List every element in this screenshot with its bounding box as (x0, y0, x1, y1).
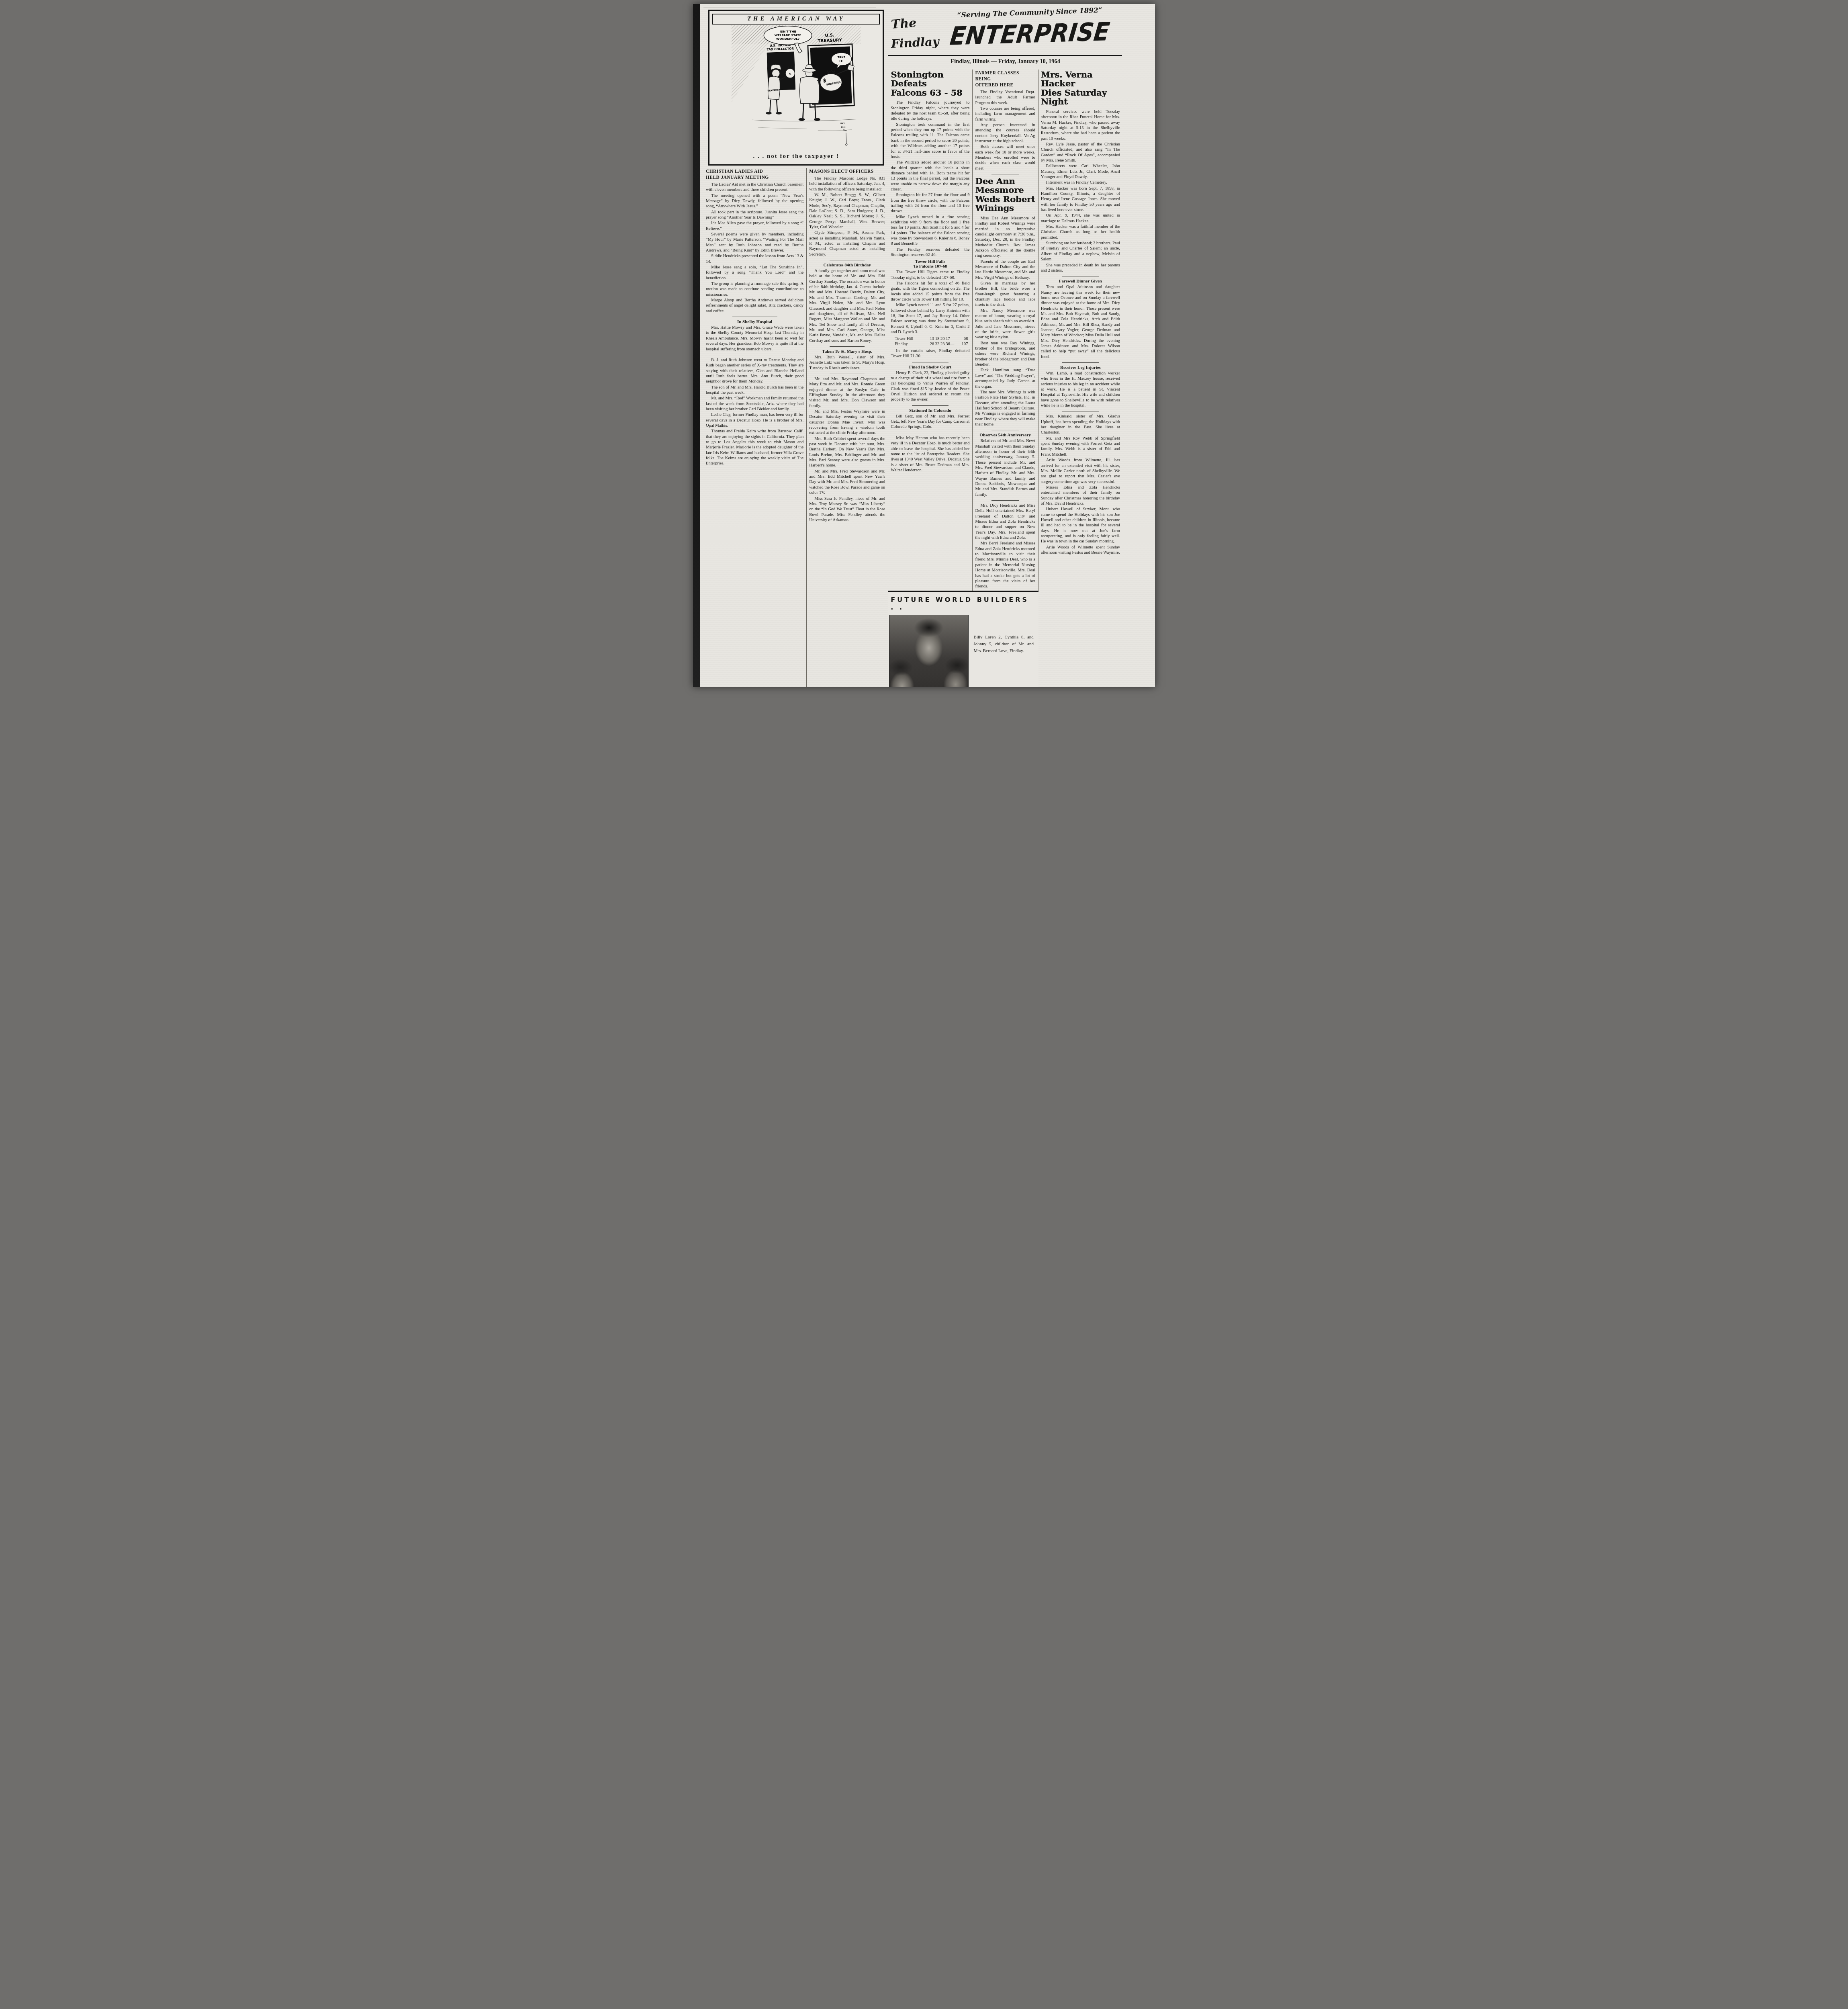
article-paragraph: Misses Edna and Zola Hendricks entertain… (1041, 485, 1120, 506)
cartoon-illustration: U.S. INCOME TAX COLLECTOR U.S. TREASURY (711, 25, 881, 150)
future-world-builders-box: FUTURE WORLD BUILDERS . . Billy Loren 2,… (888, 591, 1038, 687)
article-paragraph: Mrs. Ruth Cribbet spent several days the… (809, 436, 885, 468)
article-paragraph: The son of Mr. and Mrs. Harold Burch has… (706, 385, 803, 396)
article-paragraph: Stonington hit for 27 from the floor and… (891, 192, 969, 214)
article-divider (991, 174, 1019, 174)
article-heading: FARMER CLASSES BEING OFFERED HERE (975, 70, 1035, 88)
article-paragraph: Marge Alsop and Bertha Andrews served de… (706, 298, 803, 314)
article-paragraph: Mrs. Ruth Wessell, sister of Mrs. Jeanet… (809, 355, 885, 371)
article-headline: Stonington Defeats Falcons 63 - 58 (891, 70, 969, 97)
article-subhead: Taken To St. Mary's Hosp. (809, 349, 885, 354)
article-paragraph: The new Mrs. Winings is with Fashion Pla… (975, 390, 1035, 427)
masthead-findlay: Findlay (891, 35, 939, 51)
svg-text:Tom: Tom (841, 125, 846, 129)
income-tax-label-line2: TAX COLLECTOR (767, 47, 794, 51)
article-paragraph: Pallbearers were Carl Wheeler, John Mauz… (1041, 164, 1120, 180)
article-paragraph: The Falcons hit for a total of 46 field … (891, 281, 969, 302)
children-photo (889, 615, 968, 687)
article-divider (1062, 276, 1099, 276)
left-zone: THE AMERICAN WAY (703, 4, 888, 687)
article-paragraph: Henry E. Clark, 23, Findlay, pleaded gui… (891, 370, 969, 403)
article-paragraph: Mr. and Mrs. Festus Waymire were in Deca… (809, 409, 885, 436)
article-divider (1062, 411, 1099, 411)
article-paragraph: A family get-together and noon meal was … (809, 268, 885, 344)
article-paragraph: Funeral services were held Tuesday after… (1041, 109, 1120, 141)
score-row: Tower Hill13 18 20 17—68 (895, 336, 968, 342)
article-paragraph: Clyde Stimpson, P. M., Aroma Park, acted… (809, 230, 885, 257)
article-subhead: Stationed In Colorado (891, 408, 969, 413)
future-world-builders-body: Billy Loren 2, Cynthia 8, and Johnny 5, … (889, 615, 1034, 687)
article-divider (732, 355, 777, 355)
article-paragraph: Both classes will meet once each week fo… (975, 144, 1035, 171)
article-paragraph: Any person interested in attending the c… (975, 123, 1035, 144)
dollar-sign-small: $ (789, 72, 791, 76)
article-paragraph: Two courses are being offered, including… (975, 106, 1035, 122)
news-column-5: Mrs. Verna Hacker Dies Saturday NightFun… (1038, 70, 1123, 687)
score-cell: 68 (957, 336, 968, 342)
article-paragraph: Miss May Henton who has recently been ve… (891, 436, 969, 473)
article-paragraph: Surviving are her husband; 2 brothers, P… (1041, 241, 1120, 262)
article-paragraph: Relatives of Mr. and Mrs. Newt Marshall … (975, 438, 1035, 497)
article-heading: MASONS ELECT OFFICERS (809, 169, 885, 175)
news-column-1: CHRISTIAN LADIES AID HELD JANUARY MEETIN… (703, 168, 807, 687)
photo-caption: Billy Loren 2, Cynthia 8, and Johnny 5, … (969, 615, 1034, 687)
take-line1: TAKE (838, 56, 846, 59)
article-paragraph: Ida Mae Allen gave the prayer, followed … (706, 221, 803, 231)
take-line2: IT! (839, 59, 844, 63)
article-paragraph: The Findlay Vocational Dept. launched th… (975, 90, 1035, 106)
article-divider (991, 430, 1019, 430)
page-content: THE AMERICAN WAY (703, 4, 1123, 687)
article-paragraph: Arlie Woods from Wilmette, Ill. has arri… (1041, 458, 1120, 485)
article-paragraph: Several poems were given by members, inc… (706, 232, 803, 253)
stage: THE AMERICAN WAY (0, 0, 1848, 691)
article-paragraph: Mr. and Mrs. “Red” Workman and family re… (706, 396, 803, 412)
article-paragraph: The meeting opened with a poem “New Year… (706, 193, 803, 209)
article-paragraph: Mrs. Hacker was born Sept. 7, 1898, in H… (1041, 186, 1120, 213)
future-world-builders-heading: FUTURE WORLD BUILDERS . . (889, 594, 1034, 615)
article-paragraph: On Apr. 9, 1944, she was united in marri… (1041, 213, 1120, 224)
main-columns: Stonington Defeats Falcons 63 - 58The Fi… (888, 67, 1123, 687)
article-paragraph: Mrs. Hacker was a faithful member of the… (1041, 224, 1120, 240)
masthead-the: The (891, 14, 939, 32)
right-zone: The Findlay “Serving The Community Since… (888, 4, 1123, 687)
article-paragraph: Parents of the couple are Earl Messmore … (975, 259, 1035, 280)
article-paragraph: W. M., Robert Bragg; S. W., Gilbert Knig… (809, 192, 885, 230)
article-paragraph: Mr. and Mrs. Raymond Chapman and Mary Et… (809, 376, 885, 409)
editorial-cartoon: THE AMERICAN WAY (703, 4, 888, 166)
treasury-label-line2: TREASURY (818, 38, 842, 43)
article-paragraph: Mr. and Mrs Roy Webb of Springfield spen… (1041, 436, 1120, 457)
treasury-label-line1: U.S. (825, 33, 834, 38)
masthead-right: “Serving The Community Since 1892” ENTER… (938, 9, 1121, 49)
article-paragraph: The Tower Hill Tigers came to Findlay Tu… (891, 270, 969, 280)
article-subhead: Celebrates 84th Birthday (809, 263, 885, 268)
bubble-line3: WONDERFUL? (776, 37, 799, 41)
cartoon-title: THE AMERICAN WAY (712, 14, 880, 25)
score-cell: 13 18 20 17— (930, 336, 958, 342)
article-paragraph: Dick Hamilton sang “True Love” and “The … (975, 368, 1035, 389)
article-paragraph: She was preceded in death by her parents… (1041, 263, 1120, 274)
bubble-line2: WELFARE STATE (775, 33, 801, 37)
score-cell: 107 (957, 342, 968, 347)
article-divider (912, 405, 948, 406)
article-paragraph: Stonington took command in the first per… (891, 122, 969, 160)
article-paragraph: Mrs. Dicy Hendricks and Miss Della Hull … (975, 503, 1035, 540)
cartoon-box: THE AMERICAN WAY (708, 10, 884, 166)
article-paragraph: Mrs. Kinkaid, sister of Mrs. Gladys Upho… (1041, 414, 1120, 435)
article-paragraph: In the curtain raiser, Findlay defeated … (891, 348, 969, 359)
cartoonist-signature: 843 Tom Kay (840, 122, 848, 146)
article-paragraph: Wm. Lamb, a road construction worker who… (1041, 371, 1120, 408)
dateline: Findlay, Illinois — Friday, January 10, … (888, 56, 1123, 67)
article-divider (991, 500, 1019, 501)
cartoon-drawing: U.S. INCOME TAX COLLECTOR U.S. TREASURY (711, 25, 881, 150)
newspaper-page: THE AMERICAN WAY (693, 4, 1155, 687)
ground-line2 (758, 127, 851, 131)
bubble-line1: ISN'T THE (780, 30, 796, 33)
article-paragraph: Best man was Roy Winings, brother of the… (975, 341, 1035, 368)
article-heading: CHRISTIAN LADIES AID HELD JANUARY MEETIN… (706, 169, 803, 181)
article-paragraph: The Findlay Falcons journeyed to Stoning… (891, 100, 969, 121)
dollar-sign-large: $ (823, 78, 826, 84)
article-paragraph: The Ladies' Aid met in the Christian Chu… (706, 182, 803, 193)
article-subhead: Farewell Dinner Given (1041, 279, 1120, 284)
score-cell: Tower Hill (895, 336, 930, 342)
article-paragraph: Arlie Woods of Wilmette spent Sunday aft… (1041, 545, 1120, 556)
score-cell: 26 32 23 36— (930, 342, 958, 347)
article-paragraph: Interment was in Findlay Cemetery. (1041, 180, 1120, 185)
article-paragraph: The Findlay reserves defeated the Stonin… (891, 247, 969, 258)
article-paragraph: B. J. and Ruth Johnson went to Deatur Mo… (706, 358, 803, 385)
article-paragraph: The Findlay Masonic Lodge No. 831 held i… (809, 176, 885, 192)
article-divider (1062, 362, 1099, 363)
article-paragraph: Given in marriage by her brother Bill, t… (975, 281, 1035, 308)
article-paragraph: Bill Getz, son of Mr. and Mrs. Forrest G… (891, 414, 969, 430)
article-divider (830, 374, 865, 374)
article-paragraph: Mr. and Mrs. Fred Stewardson and Mr. and… (809, 469, 885, 496)
article-subhead: Fined In Shelby Court (891, 365, 969, 370)
lower-left-columns: CHRISTIAN LADIES AID HELD JANUARY MEETIN… (703, 166, 888, 687)
article-divider (830, 260, 865, 260)
article-subhead: In Shelby Hospital (706, 319, 803, 324)
article-divider (912, 362, 948, 362)
article-paragraph: Tom and Opal Atkinson and daughter Nancy… (1041, 284, 1120, 360)
article-divider (912, 433, 948, 433)
article-paragraph: Mrs. Nancy Messmore was matron of honor,… (975, 308, 1035, 340)
article-headline: Dee Ann Messmore Weds Robert Winings (975, 177, 1035, 213)
scan-film-edge (693, 4, 700, 687)
article-paragraph: Mike Lynch turned in a fine scoring exhi… (891, 215, 969, 247)
article-subhead: Receives Leg Injuries (1041, 365, 1120, 370)
article-paragraph: Siddie Hendricks presented the lesson fr… (706, 254, 803, 264)
article-paragraph: Mrs. Hattie Mowry and Mrs. Grace Wade we… (706, 325, 803, 352)
article-divider (830, 346, 865, 347)
masthead-top: The Findlay “Serving The Community Since… (888, 4, 1123, 49)
article-paragraph: Mrs Beryl Freeland and Misses Edna and Z… (975, 541, 1035, 589)
article-paragraph: The Wildcats added another 16 points in … (891, 160, 969, 192)
svg-text:Kay: Kay (842, 129, 847, 132)
article-paragraph: Mike Jesse sang a solo, “Let The Sunshin… (706, 265, 803, 281)
article-paragraph: Miss Dee Ann Messmore of Findlay and Rob… (975, 216, 1035, 259)
article-paragraph: Hubert Howell of Stryker, Mont. who came… (1041, 507, 1120, 544)
article-paragraph: Mike Lynch netted 11 and 5 for 27 points… (891, 303, 969, 335)
article-subhead: Tower Hill Falls To Falcons 107-68 (891, 259, 969, 269)
article-subhead: Observes 54th Anniversary (975, 433, 1035, 438)
score-cell: Findlay (895, 342, 930, 347)
article-headline: Mrs. Verna Hacker Dies Saturday Night (1041, 70, 1120, 106)
article-divider (732, 317, 777, 317)
news-column-2: MASONS ELECT OFFICERSThe Findlay Masonic… (807, 168, 888, 687)
article-paragraph: Miss Sara Jo Fendley, niece of Mr. and M… (809, 496, 885, 523)
article-paragraph: Thomas and Freida Keim write from Barsto… (706, 429, 803, 466)
cartoon-caption: . . . not for the taxpayer ! (711, 150, 881, 162)
svg-text:843: 843 (840, 122, 845, 125)
article-paragraph: The group is planning a rummage sale thi… (706, 281, 803, 297)
article-paragraph: Rev. Lyle Jesse, pastor of the Christian… (1041, 142, 1120, 163)
masthead: The Findlay “Serving The Community Since… (888, 4, 1123, 67)
masthead-title: ENTERPRISE (936, 17, 1123, 51)
masthead-left: The Findlay (891, 9, 938, 49)
score-table: Tower Hill13 18 20 17—68Findlay26 32 23 … (895, 336, 968, 348)
article-paragraph: All took part in the scripture. Juanita … (706, 210, 803, 221)
article-paragraph: Leslie Clay, former Findlay man, has bee… (706, 412, 803, 428)
score-row: Findlay26 32 23 36—107 (895, 342, 968, 347)
